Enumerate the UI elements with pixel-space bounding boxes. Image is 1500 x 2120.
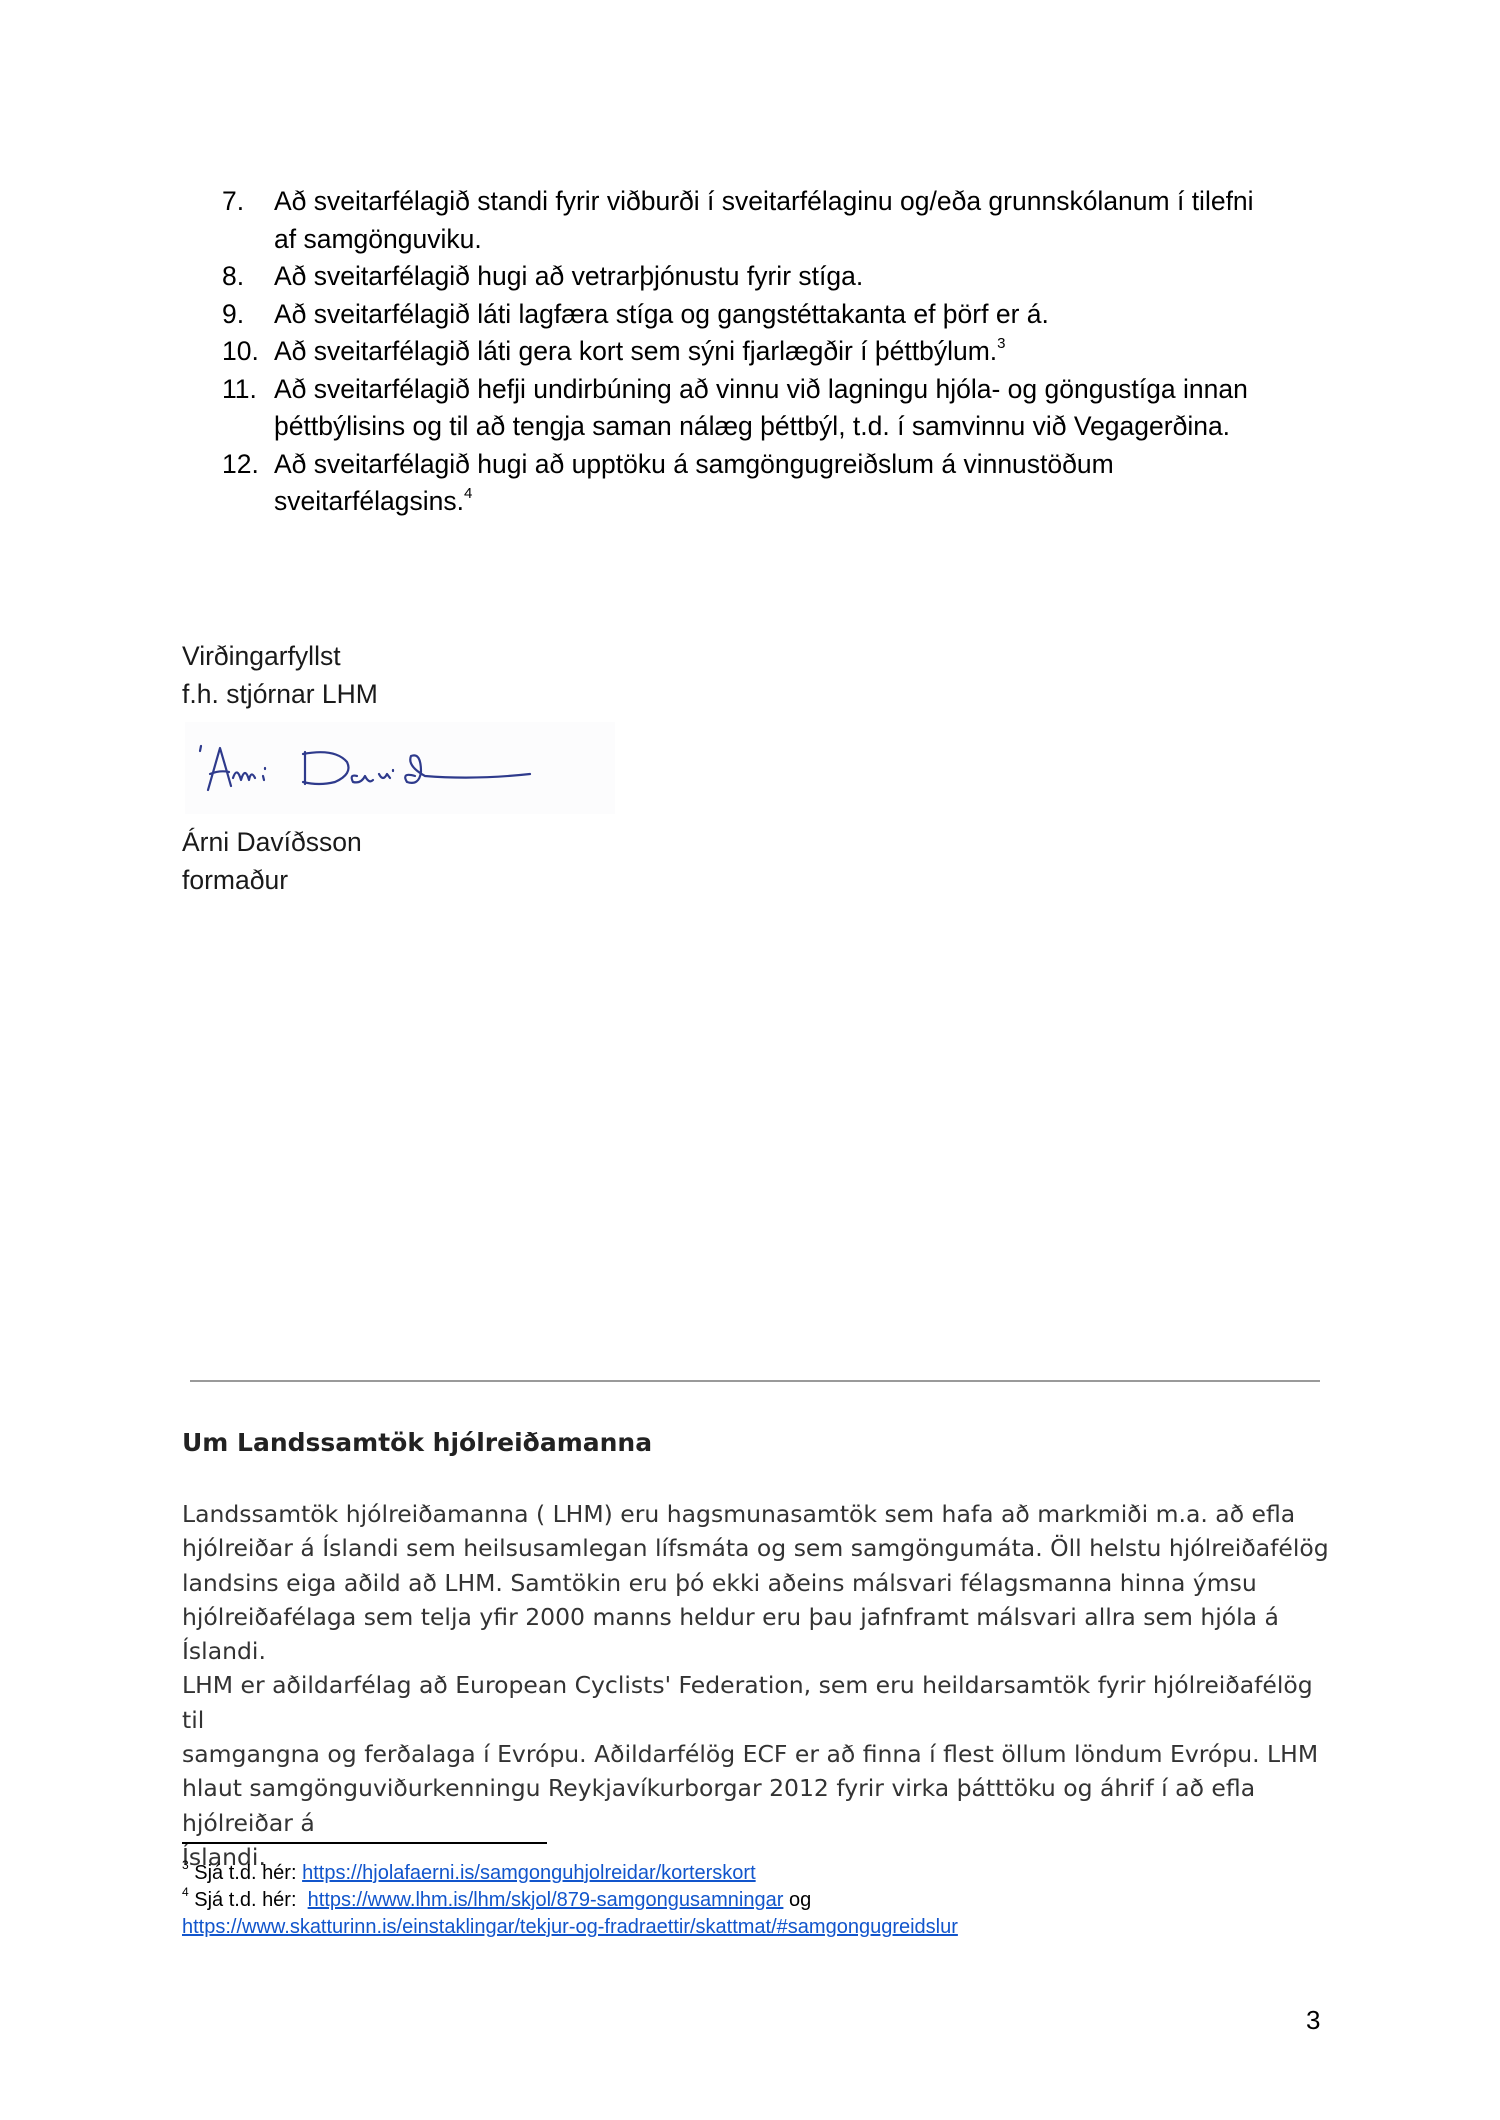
numbered-list: 7. Að sveitarfélagið standi fyrir viðbur… [222, 183, 1352, 521]
list-line: Að sveitarfélagið hugi að vetrarþjónustu… [274, 258, 1352, 296]
section-divider [190, 1380, 1320, 1382]
footnote-separator [182, 1842, 547, 1844]
about-line: LHM er aðildarfélag að European Cyclists… [182, 1668, 1342, 1737]
list-item: 12. Að sveitarfélagið hugi að upptöku á … [222, 446, 1352, 521]
list-item: 11. Að sveitarfélagið hefji undirbúning … [222, 371, 1352, 446]
list-line: Að sveitarfélagið láti lagfæra stíga og … [274, 296, 1352, 334]
signature-image [185, 722, 615, 814]
list-text: sveitarfélagsins. [274, 486, 464, 516]
list-item: 10. Að sveitarfélagið láti gera kort sem… [222, 333, 1352, 371]
list-line: Að sveitarfélagið hefji undirbúning að v… [274, 371, 1352, 409]
list-line: Að sveitarfélagið láti gera kort sem sýn… [274, 333, 1352, 371]
list-number: 11. [222, 371, 257, 409]
footnote-4-continued: https://www.skatturinn.is/einstaklingar/… [182, 1914, 1182, 1941]
list-line: Að sveitarfélagið hugi að upptöku á samg… [274, 446, 1352, 484]
footnote-ref[interactable]: 4 [464, 485, 472, 502]
list-item: 8. Að sveitarfélagið hugi að vetrarþjónu… [222, 258, 1352, 296]
list-item: 7. Að sveitarfélagið standi fyrir viðbur… [222, 183, 1352, 258]
footnote-prefix: Sjá t.d. hér: [194, 1889, 307, 1911]
footnote-prefix: Sjá t.d. hér: [194, 1862, 302, 1884]
list-number: 9. [222, 296, 244, 334]
list-number: 10. [222, 333, 259, 371]
about-line: samgangna og ferðalaga í Evrópu. Aðildar… [182, 1737, 1342, 1771]
list-number: 8. [222, 258, 244, 296]
about-line: landsins eiga aðild að LHM. Samtökin eru… [182, 1566, 1342, 1600]
about-line: Landssamtök hjólreiðamanna ( LHM) eru ha… [182, 1497, 1342, 1531]
footnote-4: 4 Sjá t.d. hér: https://www.lhm.is/lhm/s… [182, 1887, 1182, 1914]
footnote-suffix: og [783, 1889, 811, 1911]
list-line: þéttbýlisins og til að tengja saman nálæ… [274, 408, 1352, 446]
about-line: hjólreiðafélaga sem telja yfir 2000 mann… [182, 1600, 1342, 1669]
footnote-ref[interactable]: 3 [997, 335, 1005, 352]
list-line: af samgönguviku. [274, 221, 1352, 259]
signer-title: formaður [182, 862, 288, 900]
list-line: Að sveitarfélagið standi fyrir viðburði … [274, 183, 1352, 221]
footnote-3: 3 Sjá t.d. hér: https://hjolafaerni.is/s… [182, 1860, 1182, 1887]
footnote-mark: 4 [182, 1885, 189, 1899]
signer-name: Árni Davíðsson [182, 824, 362, 862]
about-line: hjólreiðar á Íslandi sem heilsusamlegan … [182, 1531, 1342, 1565]
footnote-link[interactable]: https://www.lhm.is/lhm/skjol/879-samgong… [308, 1889, 784, 1911]
page-number: 3 [1306, 2005, 1320, 2036]
footnote-link[interactable]: https://hjolafaerni.is/samgonguhjolreida… [302, 1862, 756, 1884]
list-number: 7. [222, 183, 244, 221]
list-line: sveitarfélagsins.4 [274, 483, 1352, 521]
footnote-mark: 3 [182, 1858, 189, 1872]
list-item: 9. Að sveitarfélagið láti lagfæra stíga … [222, 296, 1352, 334]
list-text: Að sveitarfélagið láti gera kort sem sýn… [274, 336, 997, 366]
about-line: hlaut samgönguviðurkenningu Reykjavíkurb… [182, 1771, 1342, 1840]
on-behalf-line: f.h. stjórnar LHM [182, 676, 378, 714]
about-heading: Um Landssamtök hjólreiðamanna [182, 1428, 652, 1457]
list-number: 12. [222, 446, 259, 484]
footnote-link[interactable]: https://www.skatturinn.is/einstaklingar/… [182, 1916, 958, 1938]
about-paragraph: Landssamtök hjólreiðamanna ( LHM) eru ha… [182, 1497, 1342, 1874]
footnotes: 3 Sjá t.d. hér: https://hjolafaerni.is/s… [182, 1860, 1182, 1941]
signature-icon [185, 722, 615, 814]
salutation: Virðingarfyllst [182, 638, 341, 676]
